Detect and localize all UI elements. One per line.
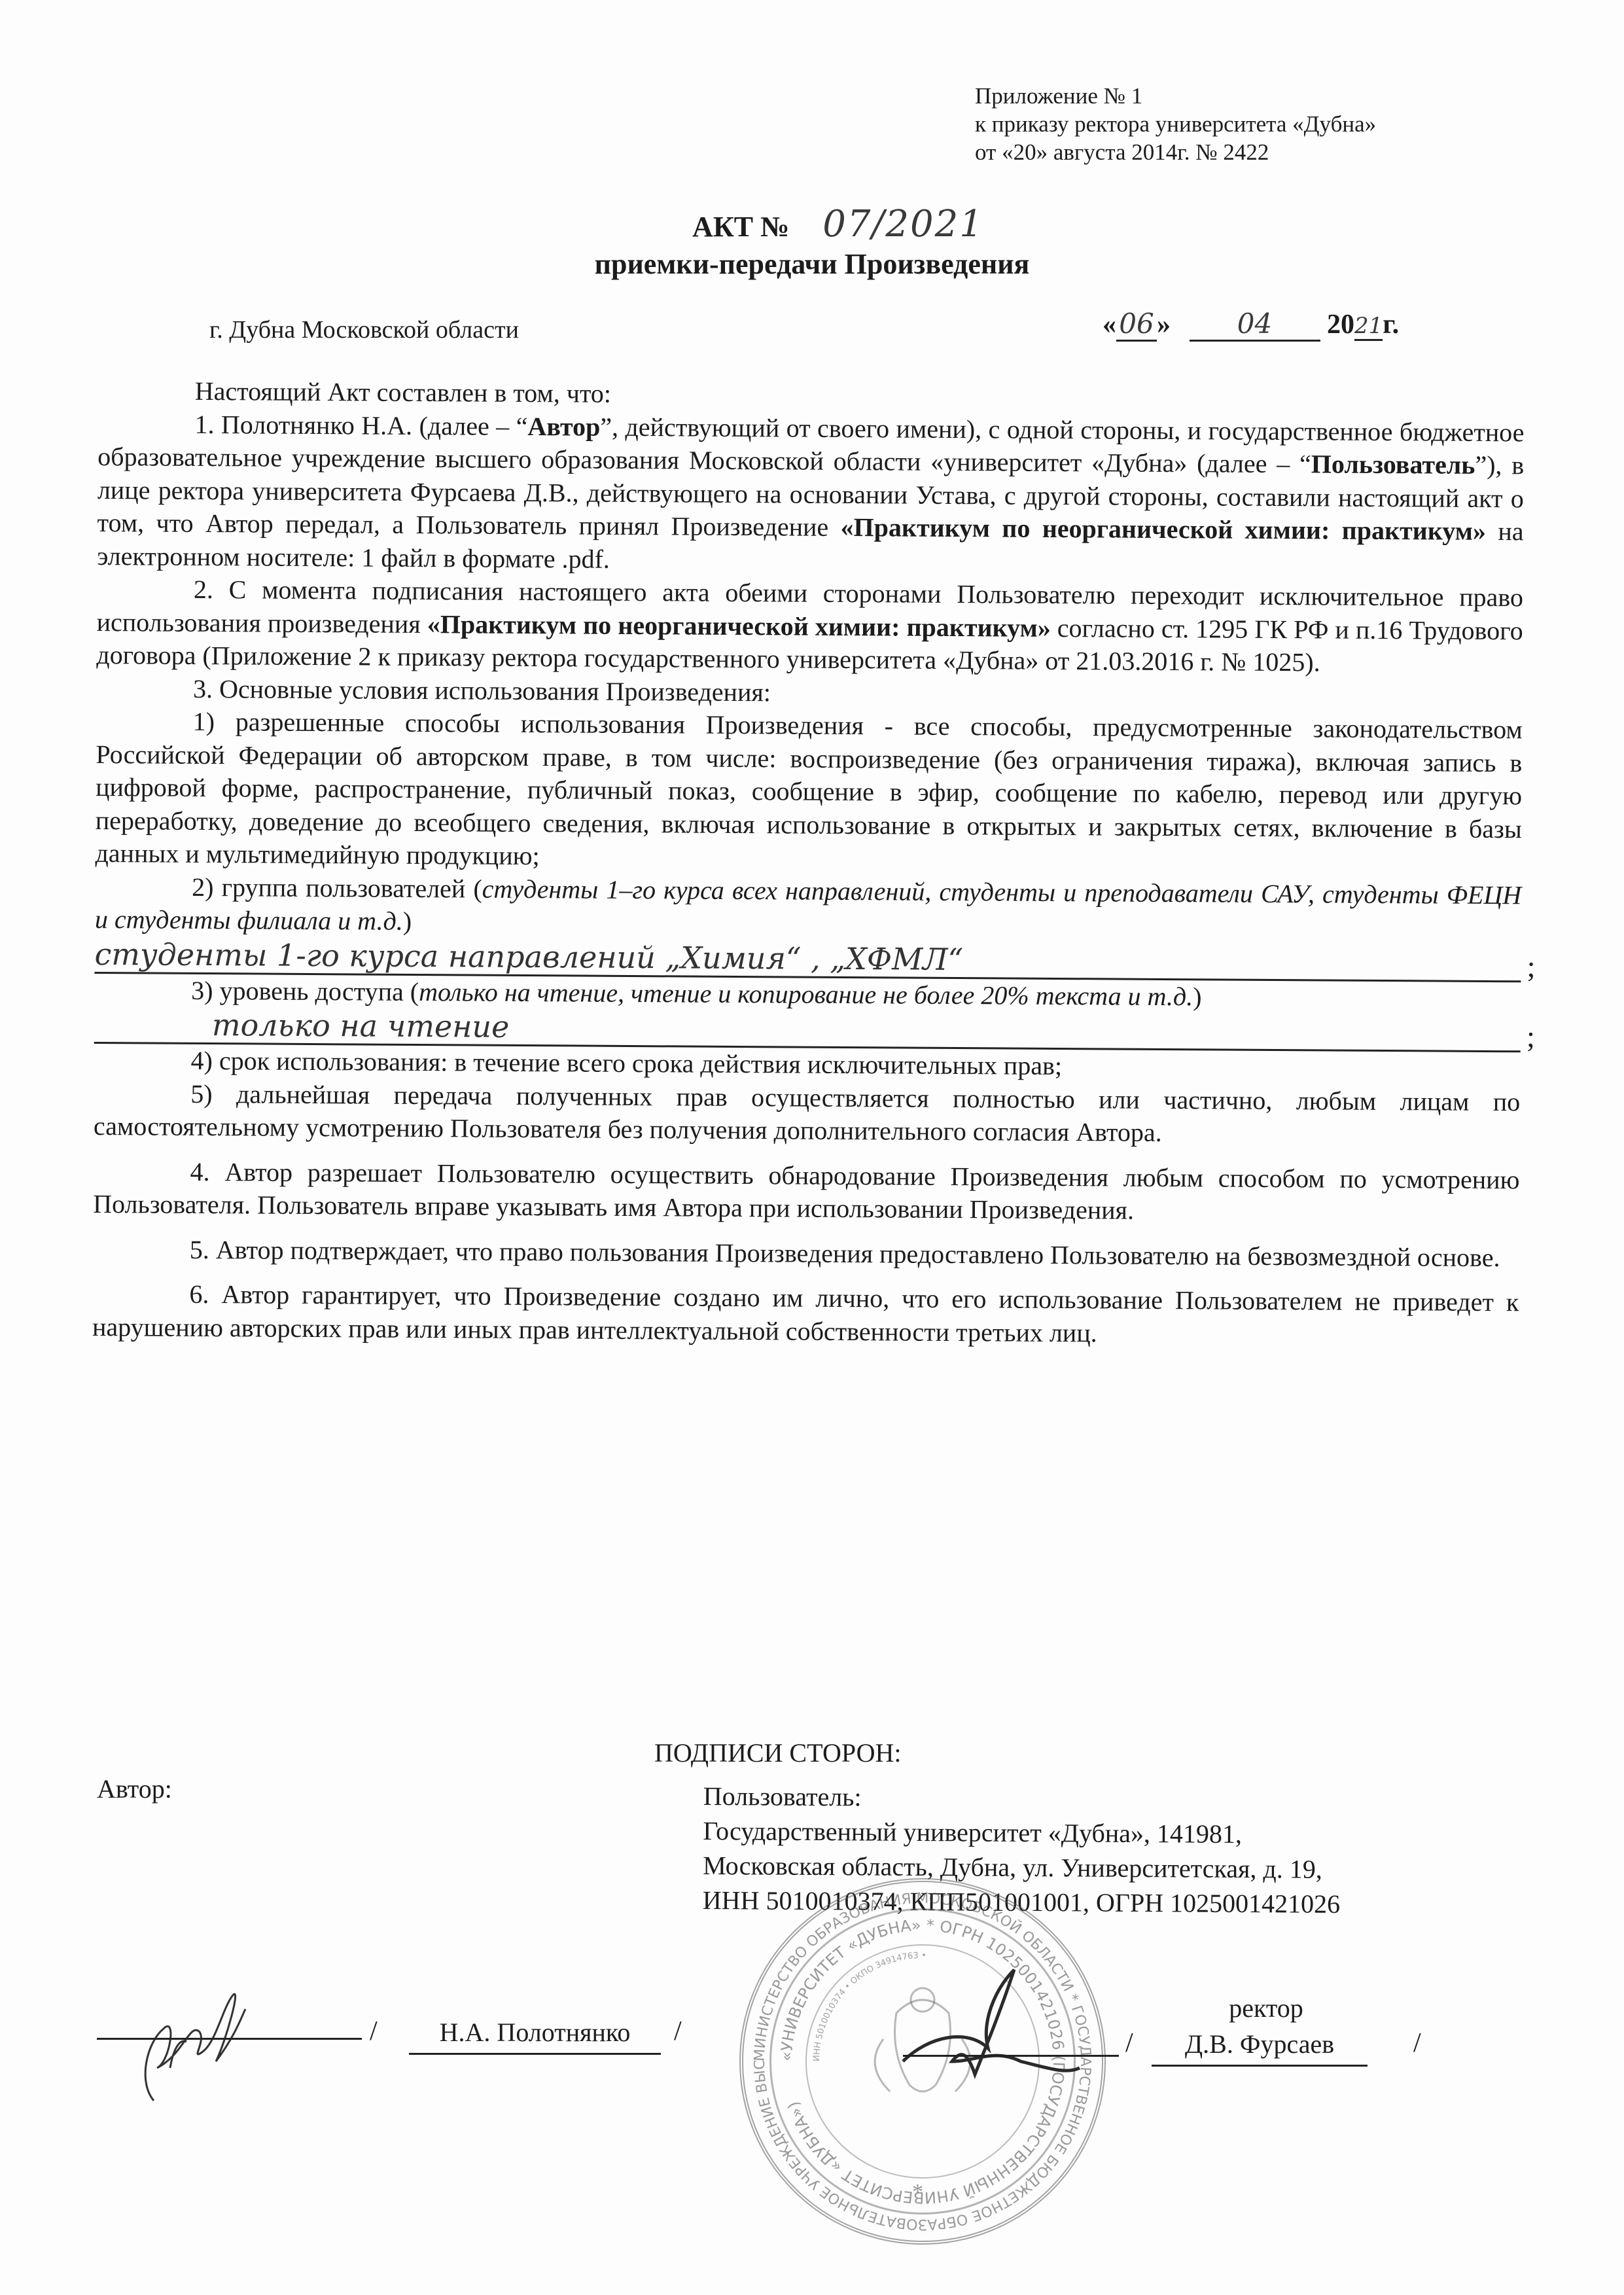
appendix-line-1: Приложение № 1 (975, 82, 1376, 110)
date-year-unit: г. (1383, 310, 1399, 340)
appendix-line-3: от «20» августа 2014г. № 2422 (975, 138, 1376, 166)
work-title: «Практикум по неорганической химии: прак… (841, 512, 1487, 546)
slash: / (370, 2016, 378, 2047)
user-label: Пользователь: (703, 1779, 1341, 1817)
clause-6: 6. Автор гарантирует, что Произведение с… (92, 1277, 1519, 1352)
act-subtitle: приемки-передачи Произведения (0, 247, 1624, 281)
clause-1: 1. Полотнянко Н.А. (далее – “Автор”, дей… (97, 407, 1525, 581)
slash: / (1125, 2027, 1133, 2059)
date-year-prefix: 20 (1327, 310, 1354, 340)
author-term: Автор (527, 412, 600, 442)
act-label: АКТ № (692, 211, 789, 243)
author-signature-line (97, 2037, 362, 2040)
rector-position: ректор (1165, 1993, 1368, 2023)
rector-signature-icon (890, 1963, 1099, 2094)
seal-star: * (912, 2180, 923, 2205)
date-quote-open: « (1103, 310, 1116, 340)
work-title: «Практикум по неорганической химии: прак… (427, 609, 1051, 643)
appendix-header: Приложение № 1 к приказу ректора универс… (975, 82, 1376, 166)
rector-name: Д.В. Фурсаев (1152, 2029, 1368, 2067)
act-date: «06» 04 2021г. (1103, 308, 1399, 342)
act-body: Настоящий Акт составлен в том, что: 1. П… (92, 374, 1525, 1352)
document-page: Приложение № 1 к приказу ректора универс… (0, 0, 1624, 2295)
slash: / (1413, 2027, 1421, 2059)
user-address: Московская область, Дубна, ул. Университ… (703, 1848, 1341, 1887)
author-label: Автор: (97, 1773, 172, 1804)
rector-signature (890, 1963, 1099, 2097)
clause-2: 2. С момента подписания настоящего акта … (96, 573, 1523, 681)
act-title: АКТ № 07/2021 (0, 203, 1624, 245)
rector-signature-line (903, 2054, 1119, 2057)
user-org: Государственный университет «Дубна», 141… (703, 1813, 1341, 1852)
author-signature (92, 1970, 288, 2110)
clause-5: 5. Автор подтверждает, что право пользов… (93, 1232, 1519, 1274)
user-term: Пользователь (1311, 449, 1475, 480)
access-level-hint: только на чтение, чтение и копирование н… (419, 977, 1193, 1011)
clause-3-1: 1) разрешенные способы использования Про… (95, 705, 1523, 879)
signatures-heading: ПОДПИСИ СТОРОН: (654, 1737, 902, 1768)
act-number-handwritten: 07/2021 (822, 203, 984, 245)
date-quote-close: » (1157, 310, 1171, 340)
date-year-suffix: 21 (1354, 313, 1383, 341)
slash: / (674, 2016, 682, 2047)
date-month: 04 (1190, 308, 1320, 342)
clause-3-5: 5) дальнейшая передача полученных прав о… (94, 1076, 1521, 1151)
clause-3-2: 2) группа пользователей (студенты 1–го к… (95, 870, 1522, 944)
author-name: Н.А. Полотнянко (409, 2017, 661, 2055)
date-day: 06 (1116, 308, 1157, 342)
clause-4: 4. Автор разрешает Пользователю осуществ… (93, 1154, 1520, 1229)
appendix-line-2: к приказу ректора университета «Дубна» (975, 110, 1376, 138)
place-of-signing: г. Дубна Московской области (209, 315, 519, 344)
